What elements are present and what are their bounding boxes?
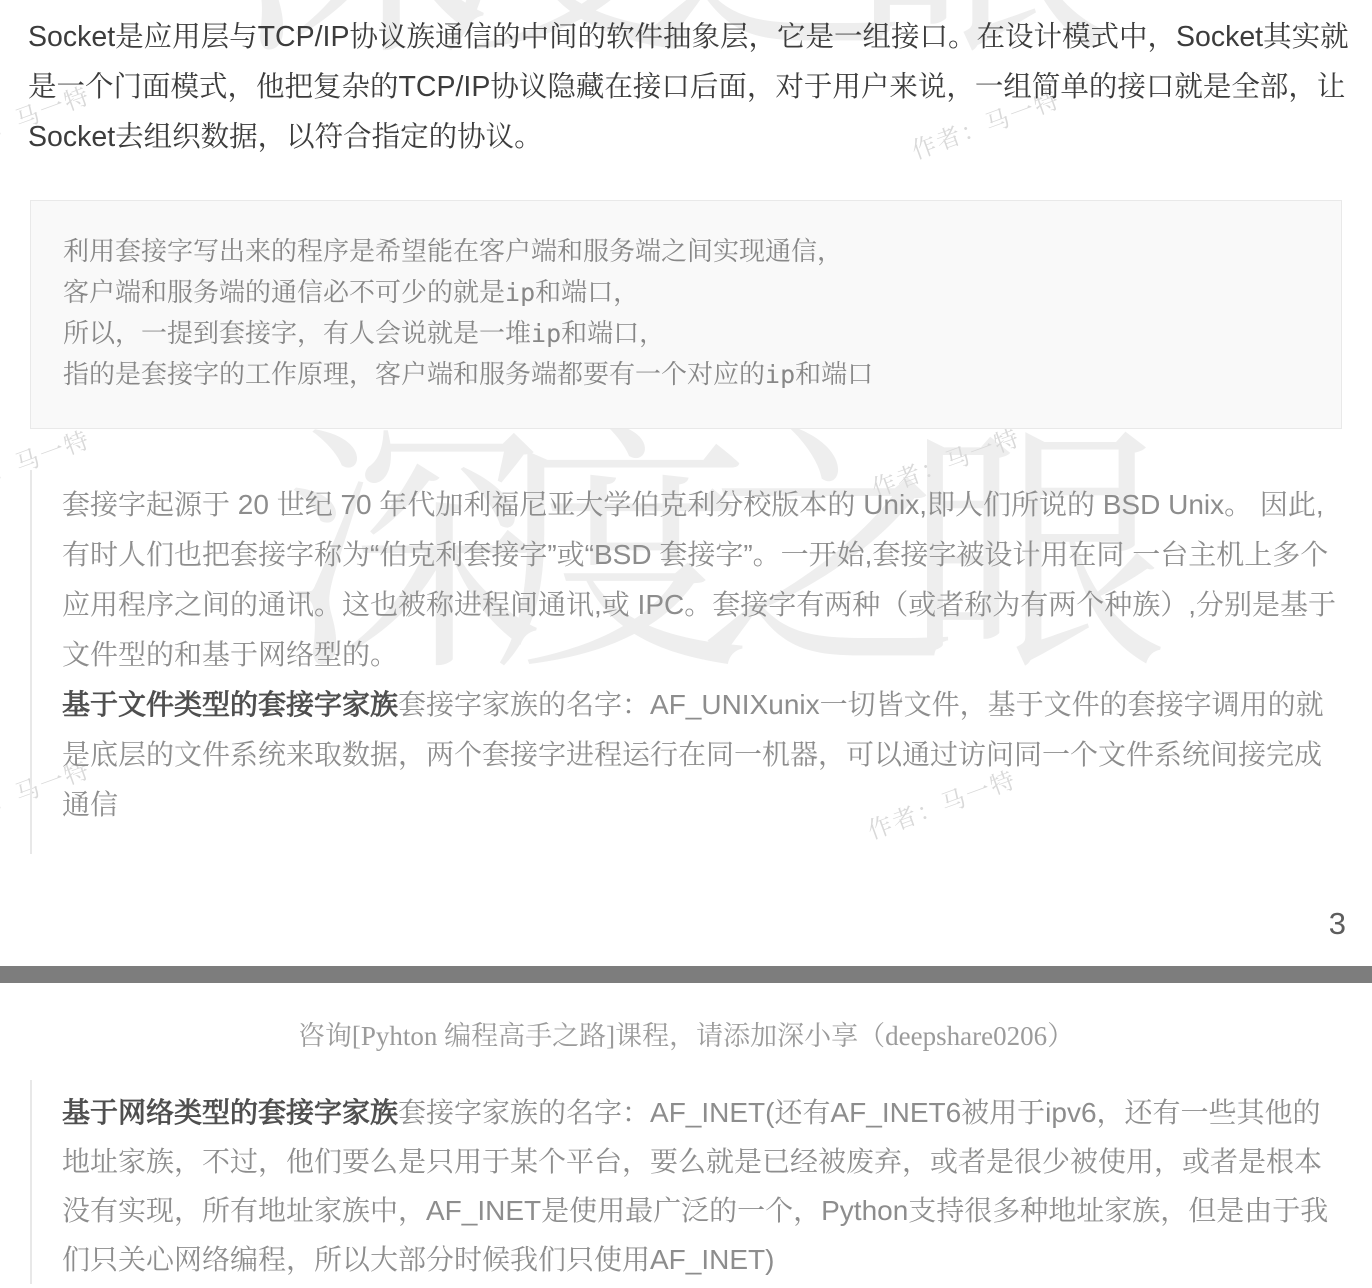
course-banner: 咨询[Pyhton 编程高手之路]课程，请添加深小享（deepshare0206… [0,1014,1372,1053]
network-family-heading: 基于网络类型的套接字家族 [62,1097,398,1128]
history-text: 套接字起源于 20 世纪 70 年代加利福尼亚大学伯克利分校版本的 Unix,即… [62,489,1336,670]
quote-line: 利用套接字写出来的程序是希望能在客户端和服务端之间实现通信， [63,231,1313,272]
quote-line: 所以，一提到套接字，有人会说就是一堆ip和端口， [63,313,1313,354]
inline-code: ip [765,360,795,389]
history-paragraph: 套接字起源于 20 世纪 70 年代加利福尼亚大学伯克利分校版本的 Unix,即… [62,480,1342,680]
intro-paragraph: Socket是应用层与TCP/IP协议族通信的中间的软件抽象层，它是一组接口。在… [28,12,1350,162]
inline-code: ip [531,319,561,348]
file-family-paragraph: 基于文件类型的套接字家族套接字家族的名字：AF_UNIXunix一切皆文件，基于… [62,680,1342,830]
quote-line: 指的是套接字的工作原理，客户端和服务端都要有一个对应的ip和端口 [63,354,1313,395]
course-banner-text: 咨询[Pyhton 编程高手之路]课程，请添加深小享（deepshare0206… [298,1021,1074,1051]
quote-text: 所以，一提到套接字，有人会说就是一堆 [63,318,531,348]
quote-line: 客户端和服务端的通信必不可少的就是ip和端口， [63,272,1313,313]
intro-text: Socket是应用层与TCP/IP协议族通信的中间的软件抽象层，它是一组接口。在… [28,21,1349,153]
page-divider [0,966,1372,983]
file-family-heading: 基于文件类型的套接字家族 [62,689,398,720]
history-section: 套接字起源于 20 世纪 70 年代加利福尼亚大学伯克利分校版本的 Unix,即… [30,470,1342,854]
network-family-section: 基于网络类型的套接字家族套接字家族的名字：AF_INET(还有AF_INET6被… [30,1080,1342,1284]
network-family-paragraph: 基于网络类型的套接字家族套接字家族的名字：AF_INET(还有AF_INET6被… [62,1088,1342,1284]
quote-text: 指的是套接字的工作原理，客户端和服务端都要有一个对应的 [63,359,765,389]
quote-box: 利用套接字写出来的程序是希望能在客户端和服务端之间实现通信， 客户端和服务端的通… [30,200,1342,429]
page-number: 3 [1329,906,1346,942]
quote-text: 客户端和服务端的通信必不可少的就是 [63,277,505,307]
quote-text: 和端口 [795,359,873,389]
inline-code: ip [505,278,535,307]
quote-text: 和端口， [561,318,665,348]
quote-text: 和端口， [535,277,639,307]
quote-text: 利用套接字写出来的程序是希望能在客户端和服务端之间实现通信， [63,236,843,266]
